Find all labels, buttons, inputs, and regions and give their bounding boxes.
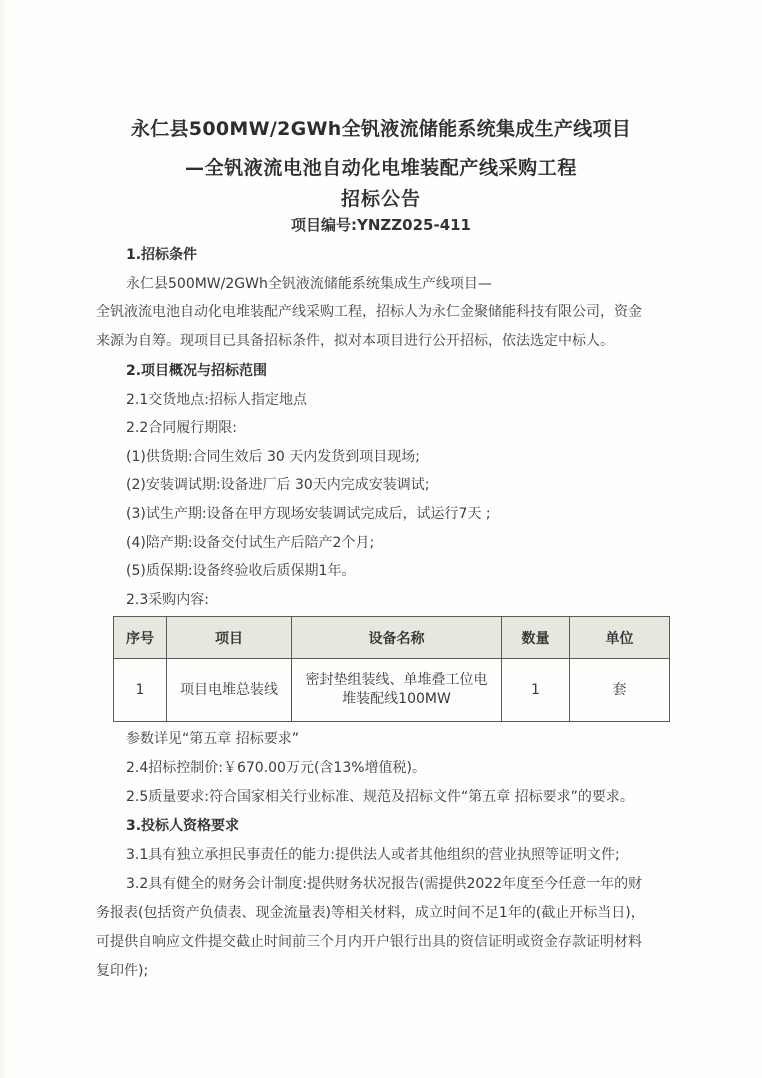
cell-quantity: 1 — [502, 659, 570, 722]
item-2-5: 2.5质量要求:符合国家相关行业标准、规范及招标文件“第五章 招标要求”的要求。 — [126, 787, 634, 807]
cell-item: 项目电堆总装线 — [167, 659, 292, 722]
project-number: 项目编号:YNZZ025-411 — [0, 214, 762, 235]
table-header-row: 序号 项目 设备名称 数量 单位 — [114, 617, 670, 659]
section3-heading: 3.投标人资格要求 — [126, 816, 239, 836]
params-note: 参数详见“第五章 招标要求” — [126, 729, 299, 749]
cell-no: 1 — [114, 659, 167, 722]
period-accompany-production: (4)陪产期:设备交付试生产后陪产2个月; — [126, 533, 374, 553]
col-header-no: 序号 — [114, 617, 167, 659]
period-installation: (2)安装调试期:设备进厂后 30天内完成安装调试; — [126, 475, 430, 495]
document-title-line3: 招标公告 — [0, 184, 762, 211]
section1-heading: 1.招标条件 — [126, 245, 197, 265]
item-3-2-line4: 复印件); — [96, 961, 148, 981]
col-header-item: 项目 — [167, 617, 292, 659]
period-trial-production: (3)试生产期:设备在甲方现场安装调试完成后，试运行7天 ; — [126, 504, 491, 524]
document-title-line2: —全钒液流电池自动化电堆装配产线采购工程 — [0, 153, 762, 180]
item-3-1: 3.1具有独立承担民事责任的能力:提供法人或者其他组织的营业执照等证明文件; — [126, 845, 620, 865]
item-2-3: 2.3采购内容: — [126, 590, 209, 610]
cell-equipment-line2: 堆装配线100MW — [292, 690, 501, 709]
item-3-2-line3: 可提供自响应文件提交截止时间前三个月内开户银行出具的资信证明或资金存款证明材料 — [96, 932, 642, 952]
col-header-quantity: 数量 — [502, 617, 570, 659]
item-2-1: 2.1交货地点:招标人指定地点 — [126, 390, 307, 410]
item-3-2-line2: 务报表(包括资产负债表、现金流量表)等相关材料，成立时间不足1年的(截止开标当日… — [96, 903, 645, 923]
item-2-4: 2.4招标控制价:￥670.00万元(含13%增值税)。 — [126, 758, 426, 778]
col-header-equipment: 设备名称 — [292, 617, 502, 659]
item-3-2-line1: 3.2具有健全的财务会计制度:提供财务状况报告(需提供2022年度至今任意一年的… — [126, 874, 642, 894]
section1-para-line2: 全钒液流电池自动化电堆装配产线采购工程，招标人为永仁金聚储能科技有限公司，资金 — [96, 302, 642, 322]
table-row: 1 项目电堆总装线 密封垫组装线、单堆叠工位电 堆装配线100MW 1 套 — [114, 659, 670, 722]
col-header-unit: 单位 — [570, 617, 670, 659]
period-warranty: (5)质保期:设备终验收后质保期1年。 — [126, 561, 355, 581]
section1-para-line1: 永仁县500MW/2GWh全钒液流储能系统集成生产线项目— — [126, 274, 492, 294]
section2-heading: 2.项目概况与招标范围 — [126, 361, 267, 381]
document-title-line1: 永仁县500MW/2GWh全钒液流储能系统集成生产线项目 — [0, 114, 762, 141]
section1-para-line3: 来源为自筹。现项目已具备招标条件，拟对本项目进行公开招标，依法选定中标人。 — [96, 331, 614, 351]
item-2-2: 2.2合同履行期限: — [126, 418, 237, 438]
cell-unit: 套 — [570, 659, 670, 722]
cell-equipment: 密封垫组装线、单堆叠工位电 堆装配线100MW — [292, 659, 502, 722]
document-page: 永仁县500MW/2GWh全钒液流储能系统集成生产线项目 —全钒液流电池自动化电… — [0, 0, 762, 1078]
period-supply: (1)供货期:合同生效后 30 天内发货到项目现场; — [126, 447, 420, 467]
cell-equipment-line1: 密封垫组装线、单堆叠工位电 — [292, 671, 501, 690]
procurement-table: 序号 项目 设备名称 数量 单位 1 项目电堆总装线 密封垫组装线、单堆叠工位电… — [113, 616, 670, 722]
